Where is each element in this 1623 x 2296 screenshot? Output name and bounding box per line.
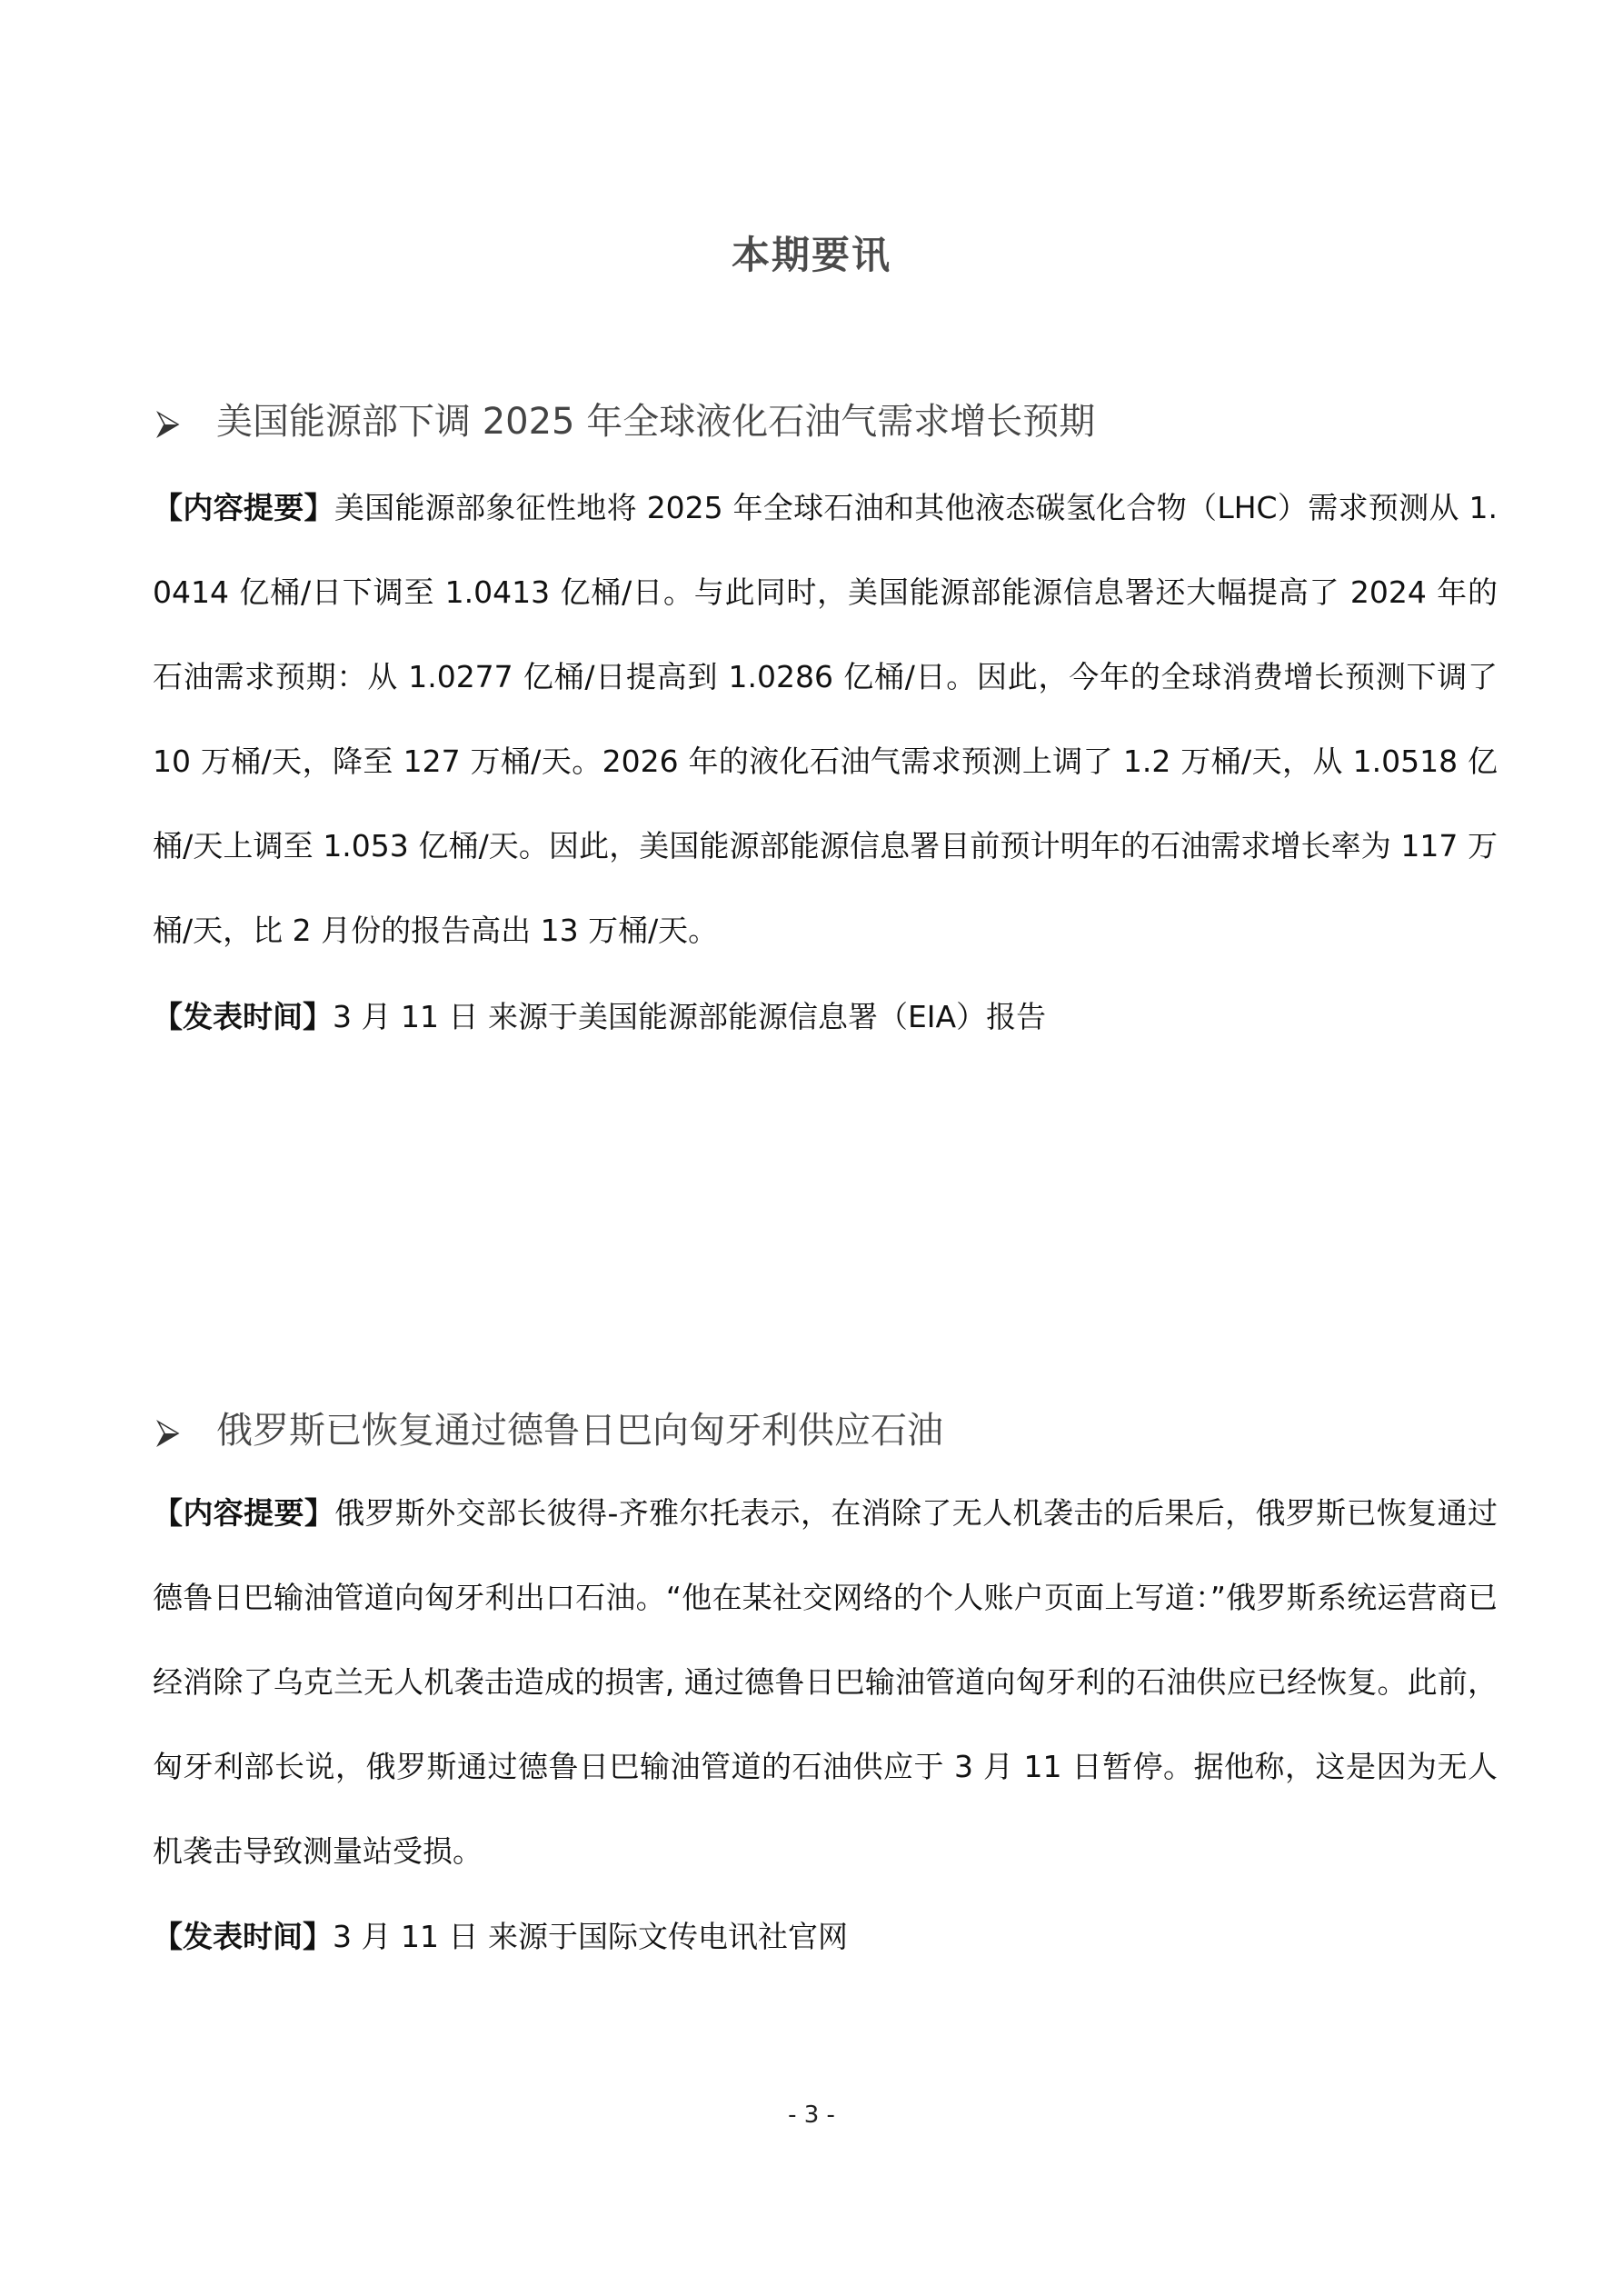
article-2-headline: 俄罗斯已恢复通过德鲁日巴向匈牙利供应石油 — [156, 1402, 1501, 1453]
article-2-published: 【发表时间】3 月 11 日 来源于国际文传电讯社官网 — [153, 1913, 1498, 1956]
summary-text: 俄罗斯外交部长彼得-齐雅尔托表示，在消除了无人机袭击的后果后，俄罗斯已恢复通过德… — [153, 1495, 1498, 1869]
published-text: 3 月 11 日 来源于美国能源部能源信息署（EIA）报告 — [333, 999, 1046, 1034]
arrow-bullet-icon — [156, 1414, 180, 1442]
article-1-published: 【发表时间】3 月 11 日 来源于美国能源部能源信息署（EIA）报告 — [153, 993, 1498, 1036]
page-number: - 3 - — [0, 2101, 1623, 2129]
article-1-summary: 【内容提要】美国能源部象征性地将 2025 年全球石油和其他液态碳氢化合物（LH… — [153, 465, 1498, 973]
summary-label: 【内容提要】 — [153, 1495, 334, 1531]
published-text: 3 月 11 日 来源于国际文传电讯社官网 — [333, 1919, 848, 1954]
published-label: 【发表时间】 — [153, 999, 333, 1034]
arrow-bullet-icon — [156, 405, 180, 433]
article-2-headline-text: 俄罗斯已恢复通过德鲁日巴向匈牙利供应石油 — [216, 1402, 943, 1453]
article-1-headline: 美国能源部下调 2025 年全球液化石油气需求增长预期 — [156, 393, 1501, 444]
summary-label: 【内容提要】 — [153, 490, 334, 525]
article-1-headline-text: 美国能源部下调 2025 年全球液化石油气需求增长预期 — [216, 393, 1095, 444]
summary-text: 美国能源部象征性地将 2025 年全球石油和其他液态碳氢化合物（LHC）需求预测… — [153, 490, 1498, 948]
page-title: 本期要讯 — [0, 225, 1623, 280]
article-2-summary: 【内容提要】俄罗斯外交部长彼得-齐雅尔托表示，在消除了无人机袭击的后果后，俄罗斯… — [153, 1471, 1498, 1893]
published-label: 【发表时间】 — [153, 1919, 333, 1954]
